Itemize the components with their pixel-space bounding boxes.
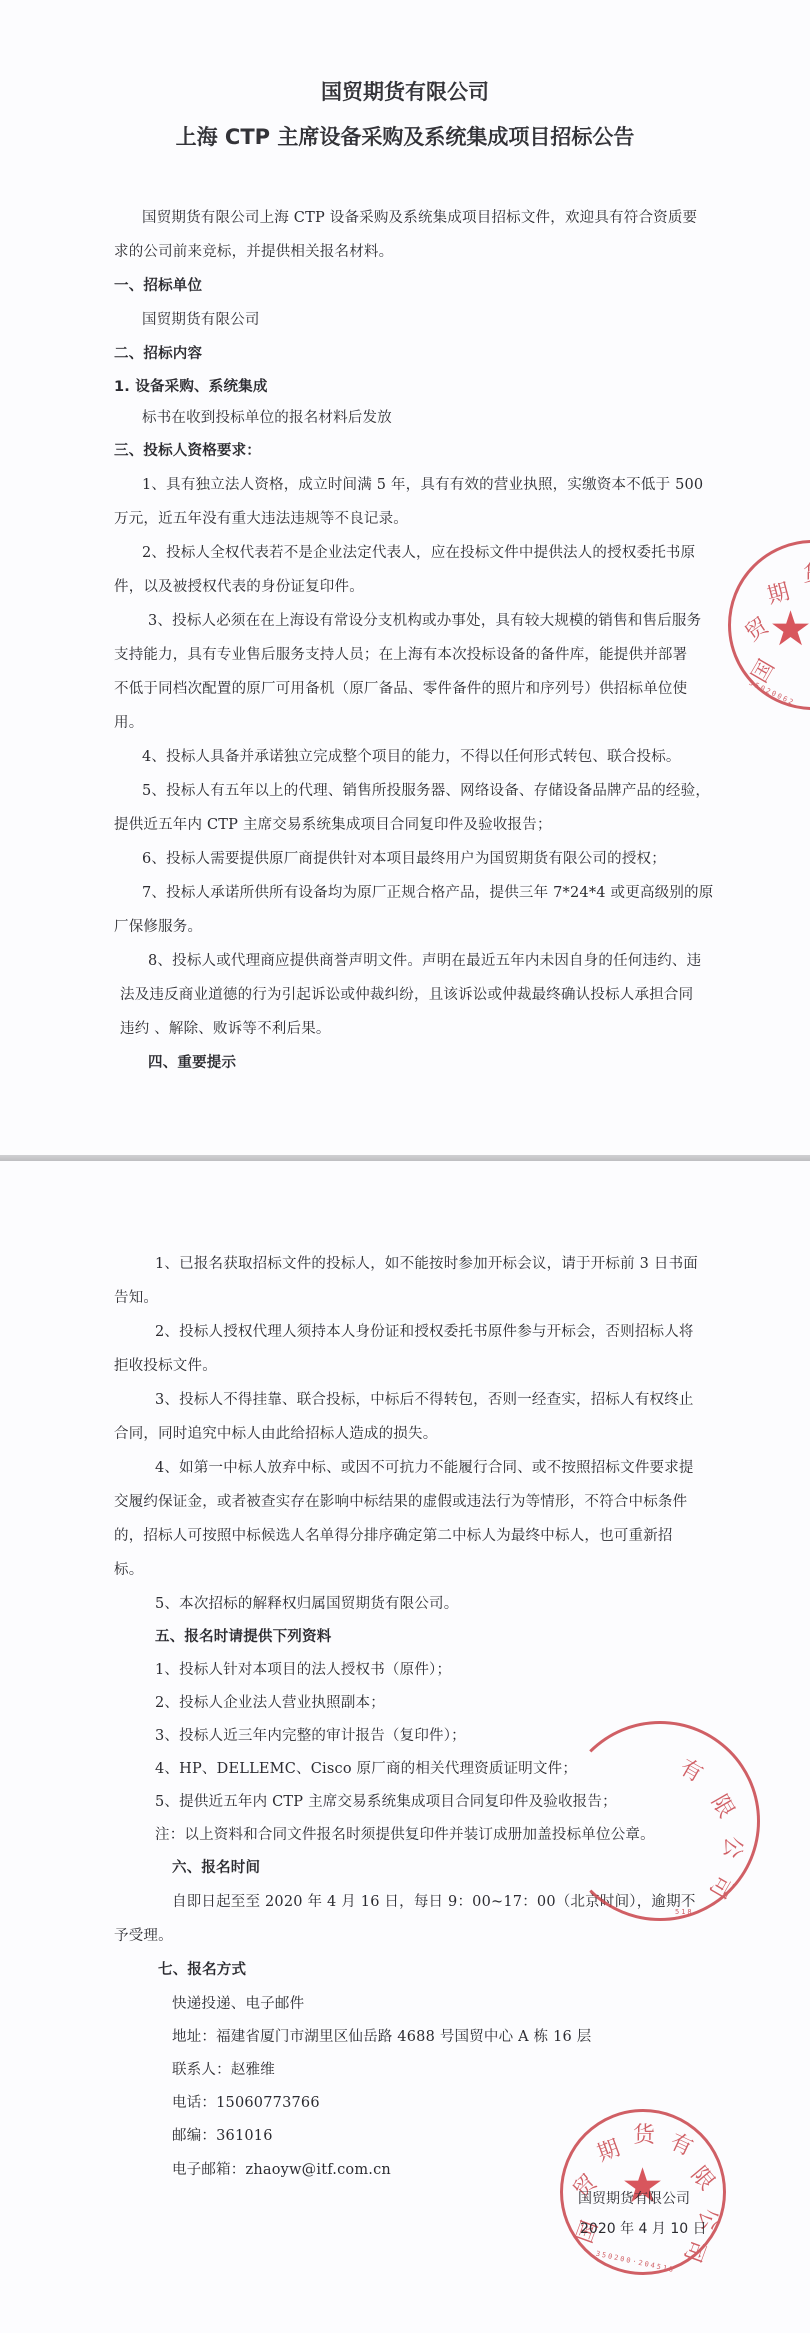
intro-text: 国贸期货有限公司上海 CTP 设备采购及系统集成项目招标文件，欢迎具有符合资质要 (142, 206, 697, 227)
list-item: 件，以及被授权代表的身份证复印件。 (114, 575, 364, 596)
section-heading: 六、报名时间 (172, 1856, 260, 1877)
list-item: 4、投标人具备并承诺独立完成整个项目的能力，不得以任何形式转包、联合投标。 (142, 745, 681, 766)
section-heading: 四、重要提示 (148, 1051, 236, 1072)
list-item: 5、提供近五年内 CTP 主席交易系统集成项目合同复印件及验收报告； (155, 1790, 617, 1811)
list-item: 万元，近五年没有重大违法违规等不良记录。 (114, 507, 408, 528)
seal-code: 350200·204518 (595, 2250, 676, 2275)
list-item: 8、投标人或代理商应提供商誉声明文件。声明在最近五年内未因自身的任何违约、违 (148, 949, 701, 970)
list-item: 1、具有独立法人资格，成立时间满 5 年，具有有效的营业执照，实缴资本不低于 5… (142, 473, 703, 494)
list-item: 3、投标人必须在在上海设有常设分支机构或办事处，具有较大规模的销售和售后服务 (148, 609, 701, 630)
seal-char: 限 (705, 1788, 743, 1823)
section-heading: 三、投标人资格要求： (114, 439, 261, 460)
list-item: 告知。 (114, 1286, 158, 1307)
signature-company: 国贸期货有限公司 (578, 2188, 690, 2208)
list-item: 4、HP、DELLEMC、Cisco 原厂商的相关代理资质证明文件； (155, 1757, 577, 1778)
list-item: 的，招标人可按照中标候选人名单得分排序确定第二中标人为最终中标人，也可重新招 (114, 1524, 673, 1545)
contact-phone: 电话：15060773766 (172, 2091, 320, 2112)
seal-star-icon: ★ (769, 605, 810, 653)
contact-person: 联系人：赵雅维 (172, 2058, 275, 2079)
document-page-2: 1、已报名获取招标文件的投标人，如不能按时参加开标会议，请于开标前 3 日书面 … (0, 1161, 810, 2333)
signature-date: 2020 年 4 月 10 日 (580, 2218, 707, 2238)
list-item: 5、投标人有五年以上的代理、销售所投服务器、网络设备、存储设备品牌产品的经验， (142, 779, 710, 800)
seal-char: 货 (803, 557, 810, 588)
list-item: 7、投标人承诺所供所有设备均为原厂正规合格产品，提供三年 7*24*4 或更高级… (142, 881, 713, 902)
list-item: 2、投标人全权代表若不是企业法定代表人，应在投标文件中提供法人的授权委托书原 (142, 541, 695, 562)
list-item: 拒收投标文件。 (114, 1354, 217, 1375)
seal-char: 货 (633, 2118, 655, 2149)
list-item: 2、投标人授权代理人须持本人身份证和授权委托书原件参与开标会，否则招标人将 (155, 1320, 694, 1341)
list-item: 法及违反商业道德的行为引起诉讼或仲裁纠纷，且该诉讼或仲裁最终确认投标人承担合同 (120, 983, 693, 1004)
seal-char: 有 (665, 2125, 698, 2162)
section-heading: 一、招标单位 (114, 274, 202, 295)
list-item: 1、投标人针对本项目的法人授权书（原件）； (155, 1658, 451, 1679)
section-body: 予受理。 (114, 1924, 173, 1945)
section-heading: 二、招标内容 (114, 342, 202, 363)
section-body: 国贸期货有限公司 (142, 308, 260, 329)
seal-char: 司 (678, 2236, 715, 2267)
list-item: 4、如第一中标人放弃中标、或因不可抗力不能履行合同、或不按照招标文件要求提 (155, 1456, 694, 1477)
seal-code: 518 (675, 1908, 694, 1916)
list-item: 厂保修服务。 (114, 915, 202, 936)
contact-email: 电子邮箱：zhaoyw@itf.com.cn (172, 2158, 391, 2179)
contact-method: 快递投递、电子邮件 (172, 1992, 304, 2013)
list-item: 标。 (114, 1558, 143, 1579)
list-item: 5、本次招标的解释权归属国贸期货有限公司。 (155, 1592, 458, 1613)
seal-char: 司 (703, 1870, 741, 1905)
contact-postcode: 邮编：361016 (172, 2124, 273, 2145)
list-item: 用。 (114, 711, 143, 732)
seal-char: 有 (675, 1751, 710, 1789)
company-seal-stamp-partial: 有 限 公 司 518 (560, 1721, 760, 1921)
intro-text: 求的公司前来竞标，并提供相关报名材料。 (114, 240, 393, 261)
seal-char: 限 (685, 2159, 723, 2196)
list-item: 合同，同时追究中标人由此给招标人造成的损失。 (114, 1422, 437, 1443)
section-heading: 七、报名方式 (158, 1958, 246, 1979)
list-item: 3、投标人不得挂靠、联合投标，中标后不得转包，否则一经查实，招标人有权终止 (155, 1388, 694, 1409)
contact-address: 地址：福建省厦门市湖里区仙岳路 4688 号国贸中心 A 栋 16 层 (172, 2025, 591, 2046)
section-body: 标书在收到投标单位的报名材料后发放 (142, 406, 392, 427)
list-item: 违约 、解除、败诉等不利后果。 (120, 1017, 331, 1038)
list-item: 6、投标人需要提供原厂商提供针对本项目最终用户为国贸期货有限公司的授权； (142, 847, 666, 868)
list-item: 不低于同档次配置的原厂可用备机（原厂备品、零件备件的照片和序列号）供招标单位使 (114, 677, 687, 698)
section-heading: 五、报名时请提供下列资料 (155, 1625, 331, 1646)
list-item: 交履约保证金，或者被查实存在影响中标结果的虚假或违法行为等情形，不符合中标条件 (114, 1490, 687, 1511)
list-item: 支持能力，具有专业售后服务支持人员；在上海有本次投标设备的备件库，能提供并部署 (114, 643, 687, 664)
document-page-1: 国贸期货有限公司 上海 CTP 主席设备采购及系统集成项目招标公告 国贸期货有限… (0, 0, 810, 1155)
seal-char: 期 (592, 2131, 623, 2168)
list-item: 1、已报名获取招标文件的投标人，如不能按时参加开标会议，请于开标前 3 日书面 (155, 1252, 698, 1273)
list-item: 2、投标人企业法人营业执照副本； (155, 1691, 385, 1712)
seal-char: 公 (718, 1835, 751, 1860)
document-title-notice: 上海 CTP 主席设备采购及系统集成项目招标公告 (0, 121, 810, 151)
company-seal-stamp: 国 贸 期 货 ★ 35020062 (728, 540, 810, 710)
list-item: 3、投标人近三年内完整的审计报告（复印件）； (155, 1724, 466, 1745)
document-title-company: 国贸期货有限公司 (0, 76, 810, 106)
list-item: 提供近五年内 CTP 主席交易系统集成项目合同复印件及验收报告； (114, 813, 552, 834)
section-subheading: 1. 设备采购、系统集成 (114, 375, 268, 396)
